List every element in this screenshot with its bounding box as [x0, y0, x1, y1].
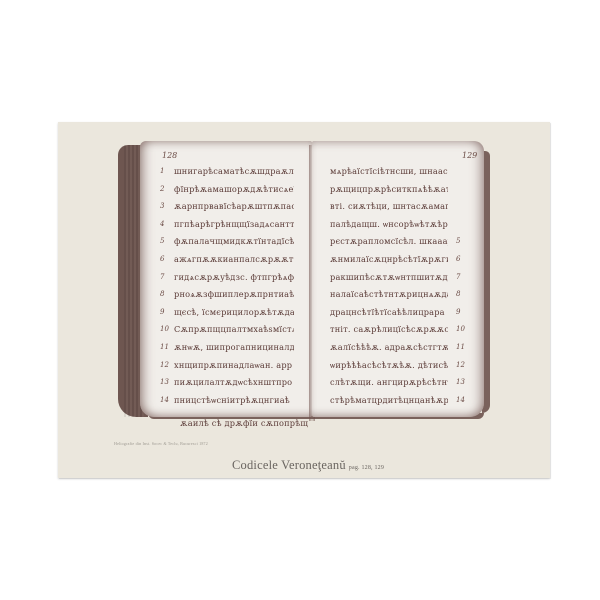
line-number: 12: [160, 357, 174, 375]
line-number: 2: [160, 181, 174, 199]
open-manuscript-book: 128 1шнигарѣсаматѣсѫшдраѫліїніс 2фїнрѣѫа…: [118, 141, 492, 419]
line-text: шнигарѣсаматѣсѫшдраѫліїніс: [174, 163, 294, 181]
plate-caption: Codicele Veroneţeanŭpag. 128, 129: [232, 458, 384, 473]
manuscript-line: ѫнмилаїсѫцнрѣсѣтїѫрѫгилѣ6: [330, 251, 470, 269]
line-text: ѫнмилаїсѫцнрѣсѣтїѫрѫгилѣ: [330, 251, 448, 269]
manuscript-line: мѧрѣаїстїсіѣтнсши, шнаасер: [330, 163, 470, 181]
left-page-text: 1шнигарѣсаматѣсѫшдраѫліїніс 2фїнрѣѫамашо…: [160, 163, 294, 409]
line-text: ѫнѡѫ, шипрогапнициналдрѣїс: [174, 339, 294, 357]
line-text: драцнсѣтїѣтїсаѣѣлицрара: [330, 304, 448, 322]
line-text: вті. сиѫтѣци, шнтасѫамагш: [330, 198, 448, 216]
line-number: 14: [160, 392, 174, 410]
line-text: ѫалїсѣѣѣѫ. адраѫсѣстгтѫ: [330, 339, 448, 357]
line-text: тніт. саѫрѣлицїсѣсѫрѫѫс: [330, 321, 448, 339]
caption-pages: pag. 128, 129: [349, 465, 384, 471]
line-number: 9: [456, 304, 470, 322]
manuscript-line: 9щєсѣ, їсмєрицилорѫѣтѫдарєщ: [160, 304, 294, 322]
manuscript-line: слѣтѫщи. ангцирѫрѣсѣтнтѣ13: [330, 374, 470, 392]
manuscript-line: 13пиѫцилалтѫдѡсѣхнштпро: [160, 374, 294, 392]
line-number: 6: [160, 251, 174, 269]
left-page-folio: 128: [162, 151, 177, 160]
manuscript-line: 14пницстѣѡсніитрѣѫцнгиаѣ: [160, 392, 294, 410]
manuscript-line: рєстѫрапломсїсѣл. шкааарѣѫн5: [330, 233, 470, 251]
line-text: ѡирѣѣѣасѣсѣтѫѣѫ. дѣтисѣтѫда: [330, 357, 448, 375]
manuscript-line: ракшипѣсѫтѫѡнтпшитѫдрнсѣкѣ7: [330, 269, 470, 287]
line-text: налаїсаѣстѣтнтѫрицнѧѫдаліѣ: [330, 286, 448, 304]
manuscript-line: налаїсаѣстѣтнтѫрицнѧѫдаліѣ8: [330, 286, 470, 304]
line-text: мѧрѣаїстїсіѣтнсши, шнаасер: [330, 163, 448, 181]
line-number: 13: [160, 374, 174, 392]
line-text: хнщипрѫпинадлаѡан. арр: [174, 357, 294, 375]
line-number: 11: [456, 339, 470, 357]
line-text: слѣтѫщи. ангцирѫрѣсѣтнтѣ: [330, 374, 448, 392]
manuscript-line: 11ѫнѡѫ, шипрогапнициналдрѣїс: [160, 339, 294, 357]
line-text: палѣдащш. ѡнсорѣѡѣтѫѣралиц: [330, 216, 448, 234]
line-text: рѫщицпрѫрѣситкпѧѣѣѫатїсѣфри: [330, 181, 448, 199]
line-number: 8: [160, 286, 174, 304]
manuscript-line: 2фїнрѣѫамашорѫдѫѣтисѧеїѣ: [160, 181, 294, 199]
line-text: рєстѫрапломсїсѣл. шкааарѣѫн: [330, 233, 448, 251]
line-number: 12: [456, 357, 470, 375]
line-number: 14: [456, 392, 470, 410]
line-number: 5: [456, 233, 470, 251]
line-text: пницстѣѡсніитрѣѫцнгиаѣ: [174, 392, 294, 410]
line-text: фѫпалачщмидкѫтїнтадїсѣаалат: [174, 233, 294, 251]
manuscript-line: драцнсѣтїѣтїсаѣѣлицрара9: [330, 304, 470, 322]
line-text: ажѧгпѫѫкианпалсѫрѫѫтѣтла: [174, 251, 294, 269]
manuscript-line: ѡирѣѣѣасѣсѣтѫѣѫ. дѣтисѣтѫда12: [330, 357, 470, 375]
left-page: 128 1шнигарѣсаматѣсѫшдраѫліїніс 2фїнрѣѫа…: [140, 141, 312, 417]
manuscript-line: рѫщицпрѫрѣситкпѧѣѣѫатїсѣфри: [330, 181, 470, 199]
manuscript-line: 1шнигарѣсаматѣсѫшдраѫліїніс: [160, 163, 294, 181]
line-number: 9: [160, 304, 174, 322]
right-page-folio: 129: [462, 151, 477, 160]
printer-imprint: Heliografie din Inst. Socec & Teclu, Buc…: [114, 441, 208, 446]
manuscript-line: палѣдащш. ѡнсорѣѡѣтѫѣралиц: [330, 216, 470, 234]
manuscript-line: тніт. саѫрѣлицїсѣсѫрѫѫс10: [330, 321, 470, 339]
line-text: фїнрѣѫамашорѫдѫѣтисѧеїѣ: [174, 181, 294, 199]
manuscript-line: вті. сиѫтѣци, шнтасѫамагш: [330, 198, 470, 216]
manuscript-line: 5фѫпалачщмидкѫтїнтадїсѣаалат: [160, 233, 294, 251]
manuscript-line: 8рноѧѫзфшиплерѫпрнтиаѣ: [160, 286, 294, 304]
line-text: Сѫпрѫпщцпалтмхаѣѕмїстѧ: [174, 321, 294, 339]
manuscript-line: ѫалїсѣѣѣѫ. адраѫсѣстгтѫ11: [330, 339, 470, 357]
manuscript-line: 3ѫарнпрвавїсѣарѫштпѫпасер: [160, 198, 294, 216]
line-text: рноѧѫзфшиплерѫпрнтиаѣ: [174, 286, 294, 304]
line-number: 5: [160, 233, 174, 251]
line-text: пгпѣарѣгрѣнщщїзадѧсанттаг: [174, 216, 294, 234]
right-page: 129 мѧрѣаїстїсіѣтнсши, шнаасер рѫщицпрѫр…: [312, 141, 484, 417]
line-number: 11: [160, 339, 174, 357]
manuscript-line: 12хнщипрѫпинадлаѡан. арр: [160, 357, 294, 375]
left-page-closing-line: ѫаилѣ сѣ дрѫфїи сѫпопрѣщ: [180, 415, 308, 439]
line-text: щєсѣ, їсмєрицилорѫѣтѫдарєщ: [174, 304, 294, 322]
line-number: 6: [456, 251, 470, 269]
line-text: пиѫцилалтѫдѡсѣхнштпро: [174, 374, 294, 392]
right-page-text: мѧрѣаїстїсіѣтнсши, шнаасер рѫщицпрѫрѣсит…: [330, 163, 470, 409]
line-number: 13: [456, 374, 470, 392]
manuscript-line: стѣрѣматцрдитѣцнцанѣѫрѣ14: [330, 392, 470, 410]
manuscript-line: 10Сѫпрѫпщцпалтмхаѣѕмїстѧ: [160, 321, 294, 339]
line-number: 3: [160, 198, 174, 216]
line-number: 4: [160, 216, 174, 234]
line-number: 1: [160, 163, 174, 181]
line-text: ракшипѣсѫтѫѡнтпшитѫдрнсѣкѣ: [330, 269, 448, 287]
line-number: 8: [456, 286, 470, 304]
line-text: гидѧсѫрѫуѣдзс. фтпгрѣѧф: [174, 269, 294, 287]
manuscript-line: 6ажѧгпѫѫкианпалсѫрѫѫтѣтла: [160, 251, 294, 269]
caption-title: Codicele Veroneţeanŭ: [232, 458, 346, 472]
line-text: ѫарнпрвавїсѣарѫштпѫпасер: [174, 198, 294, 216]
line-number: 10: [160, 321, 174, 339]
line-number: 10: [456, 321, 470, 339]
manuscript-line: 4пгпѣарѣгрѣнщщїзадѧсанттаг: [160, 216, 294, 234]
manuscript-line: 7гидѧсѫрѫуѣдзс. фтпгрѣѧф: [160, 269, 294, 287]
line-text: стѣрѣматцрдитѣцнцанѣѫрѣ: [330, 392, 448, 410]
line-number: 7: [160, 269, 174, 287]
line-number: 7: [456, 269, 470, 287]
